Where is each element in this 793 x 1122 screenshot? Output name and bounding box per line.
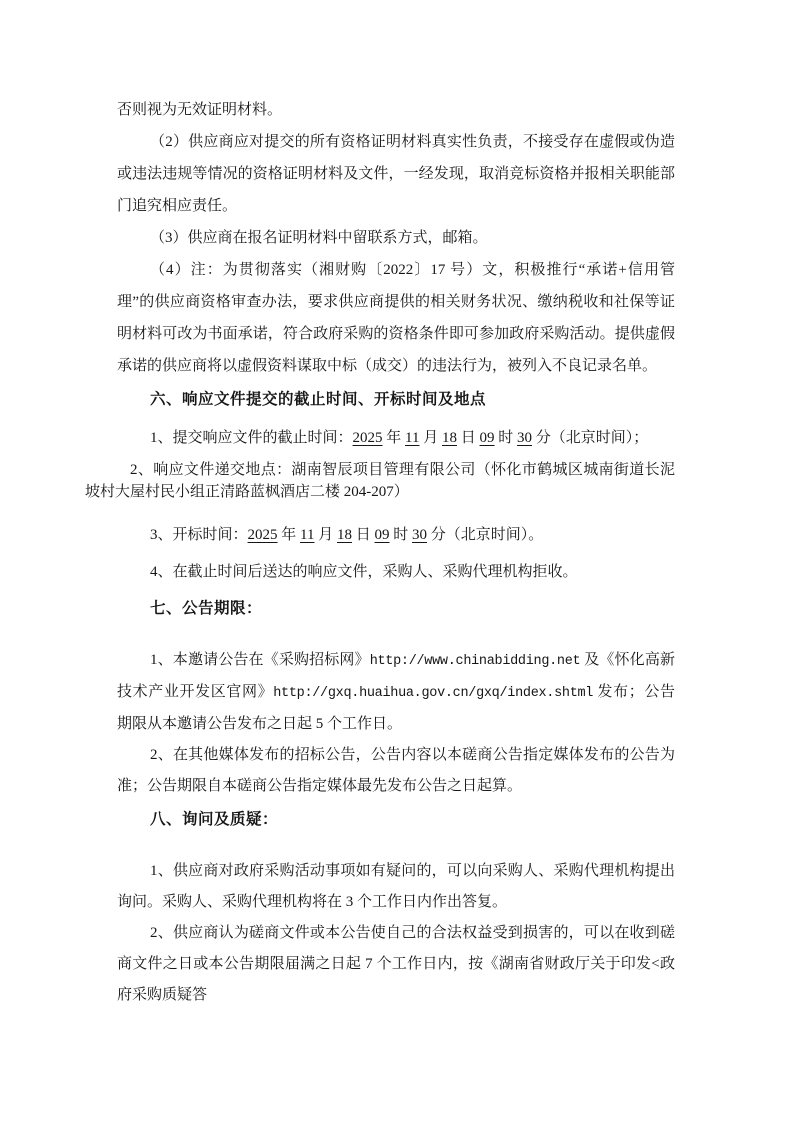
text-run: 1、本邀请公告在《采购招标网》	[150, 652, 370, 668]
text-run: 六、响应文件提交的截止时间、开标时间及地点	[150, 391, 486, 408]
text-run: 年	[278, 527, 301, 543]
clause-2-paragraph: （2）供应商应对提交的所有资格证明材料真实性负责，不接受存在虚假或伪造或违法违规…	[117, 126, 675, 222]
section-6-item-1: 1、提交响应文件的截止时间：2025 年 11 月 18 日 09 时 30 分…	[117, 422, 675, 454]
text-run: 1、提交响应文件的截止时间：	[150, 430, 353, 446]
section-8-item-1: 1、供应商对政府采购活动事项如有疑问的，可以向采购人、采购代理机构提出询问。采购…	[117, 856, 675, 918]
text-run: 分（北京时间）；	[532, 430, 648, 446]
text-run: 2、响应文件递交地点：湖南智辰项目管理有限公司（怀化市鹤城区城南街道长泥坡村大屋…	[85, 462, 675, 500]
underlined-date-value: 18	[442, 430, 457, 446]
text-run: 七、公告期限：	[150, 600, 262, 617]
underlined-date-value: 30	[517, 430, 532, 446]
section-7-item-1: 1、本邀请公告在《采购招标网》http://www.chinabidding.n…	[117, 645, 675, 740]
section-6-heading: 六、响应文件提交的截止时间、开标时间及地点	[117, 384, 675, 416]
underlined-date-value: 11	[300, 527, 314, 543]
url-text: http://www.chinabidding.net	[370, 654, 581, 669]
section-6-item-2: 2、响应文件递交地点：湖南智辰项目管理有限公司（怀化市鹤城区城南街道长泥坡村大屋…	[85, 459, 675, 503]
text-run: 日	[457, 430, 480, 446]
text-run: 3、开标时间：	[150, 527, 248, 543]
text-run: 1、供应商对政府采购活动事项如有疑问的，可以向采购人、采购代理机构提出询问。采购…	[117, 863, 675, 910]
text-run: 2、在其他媒体发布的招标公告，公告内容以本磋商公告指定媒体发布的公告为准；公告期…	[117, 747, 675, 794]
text-run: 分（北京时间）。	[427, 527, 543, 543]
underlined-date-value: 30	[412, 527, 427, 543]
continuation-paragraph: 否则视为无效证明材料。	[117, 94, 675, 126]
text-run: （2）供应商应对提交的所有资格证明材料真实性负责，不接受存在虚假或伪造或违法违规…	[117, 134, 675, 214]
text-run: （3）供应商在报名证明材料中留联系方式，邮箱。	[150, 230, 488, 246]
underlined-date-value: 2025	[353, 430, 383, 446]
underlined-date-value: 2025	[248, 527, 278, 543]
underlined-date-value: 11	[405, 430, 419, 446]
section-7-item-2: 2、在其他媒体发布的招标公告，公告内容以本磋商公告指定媒体发布的公告为准；公告期…	[117, 740, 675, 802]
underlined-date-value: 09	[480, 430, 495, 446]
text-run: 时	[390, 527, 413, 543]
text-run: 否则视为无效证明材料。	[117, 102, 282, 118]
clause-4-paragraph: （4）注：为贯彻落实（湘财购〔2022〕17 号）文，积极推行“承诺+信用管理”…	[117, 254, 675, 382]
text-run: 月	[419, 430, 442, 446]
document-page: 否则视为无效证明材料。（2）供应商应对提交的所有资格证明材料真实性负责，不接受存…	[0, 0, 793, 1122]
underlined-date-value: 18	[337, 527, 352, 543]
url-text: http://gxq.huaihua.gov.cn/gxq/index.shtm…	[273, 686, 593, 701]
underlined-date-value: 09	[375, 527, 390, 543]
text-run: 4、在截止时间后送达的响应文件，采购人、采购代理机构拒收。	[150, 564, 578, 580]
section-7-heading: 七、公告期限：	[117, 593, 675, 625]
section-8-item-2: 2、供应商认为磋商文件或本公告使自己的合法权益受到损害的，可以在收到磋商文件之日…	[117, 918, 675, 1011]
text-run: 年	[383, 430, 406, 446]
section-6-item-4: 4、在截止时间后送达的响应文件，采购人、采购代理机构拒收。	[117, 556, 675, 588]
text-run: 八、询问及质疑：	[150, 811, 278, 828]
section-6-item-3: 3、开标时间：2025 年 11 月 18 日 09 时 30 分（北京时间）。	[117, 519, 675, 551]
clause-3-paragraph: （3）供应商在报名证明材料中留联系方式，邮箱。	[117, 222, 675, 254]
text-run: 日	[352, 527, 375, 543]
text-run: （4）注：为贯彻落实（湘财购〔2022〕17 号）文，积极推行“承诺+信用管理”…	[117, 262, 675, 374]
text-run: 月	[314, 527, 337, 543]
text-run: 2、供应商认为磋商文件或本公告使自己的合法权益受到损害的，可以在收到磋商文件之日…	[117, 925, 675, 1003]
text-run: 时	[495, 430, 518, 446]
section-8-heading: 八、询问及质疑：	[117, 804, 675, 836]
